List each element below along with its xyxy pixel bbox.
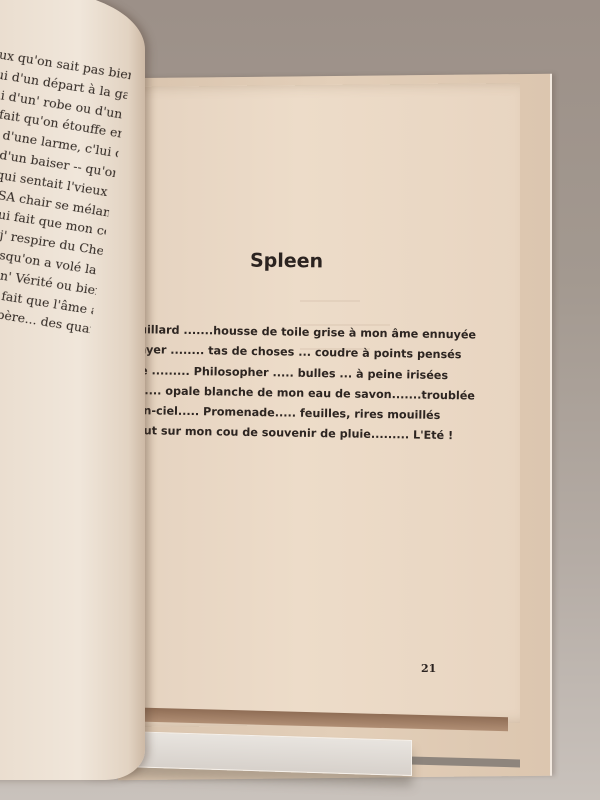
book-photo: Spleen rouillard .......housse de toile …: [0, 0, 600, 800]
poem-text: rouillard .......housse de toile grise à…: [124, 320, 426, 446]
page-number: 21: [421, 662, 436, 675]
left-page-curled: Ceux qu'on sait pas bien des d'ailleurs …: [0, 0, 145, 780]
poem-title: Spleen: [250, 250, 323, 273]
left-page-text: Ceux qu'on sait pas bien des d'ailleurs …: [0, 42, 132, 339]
